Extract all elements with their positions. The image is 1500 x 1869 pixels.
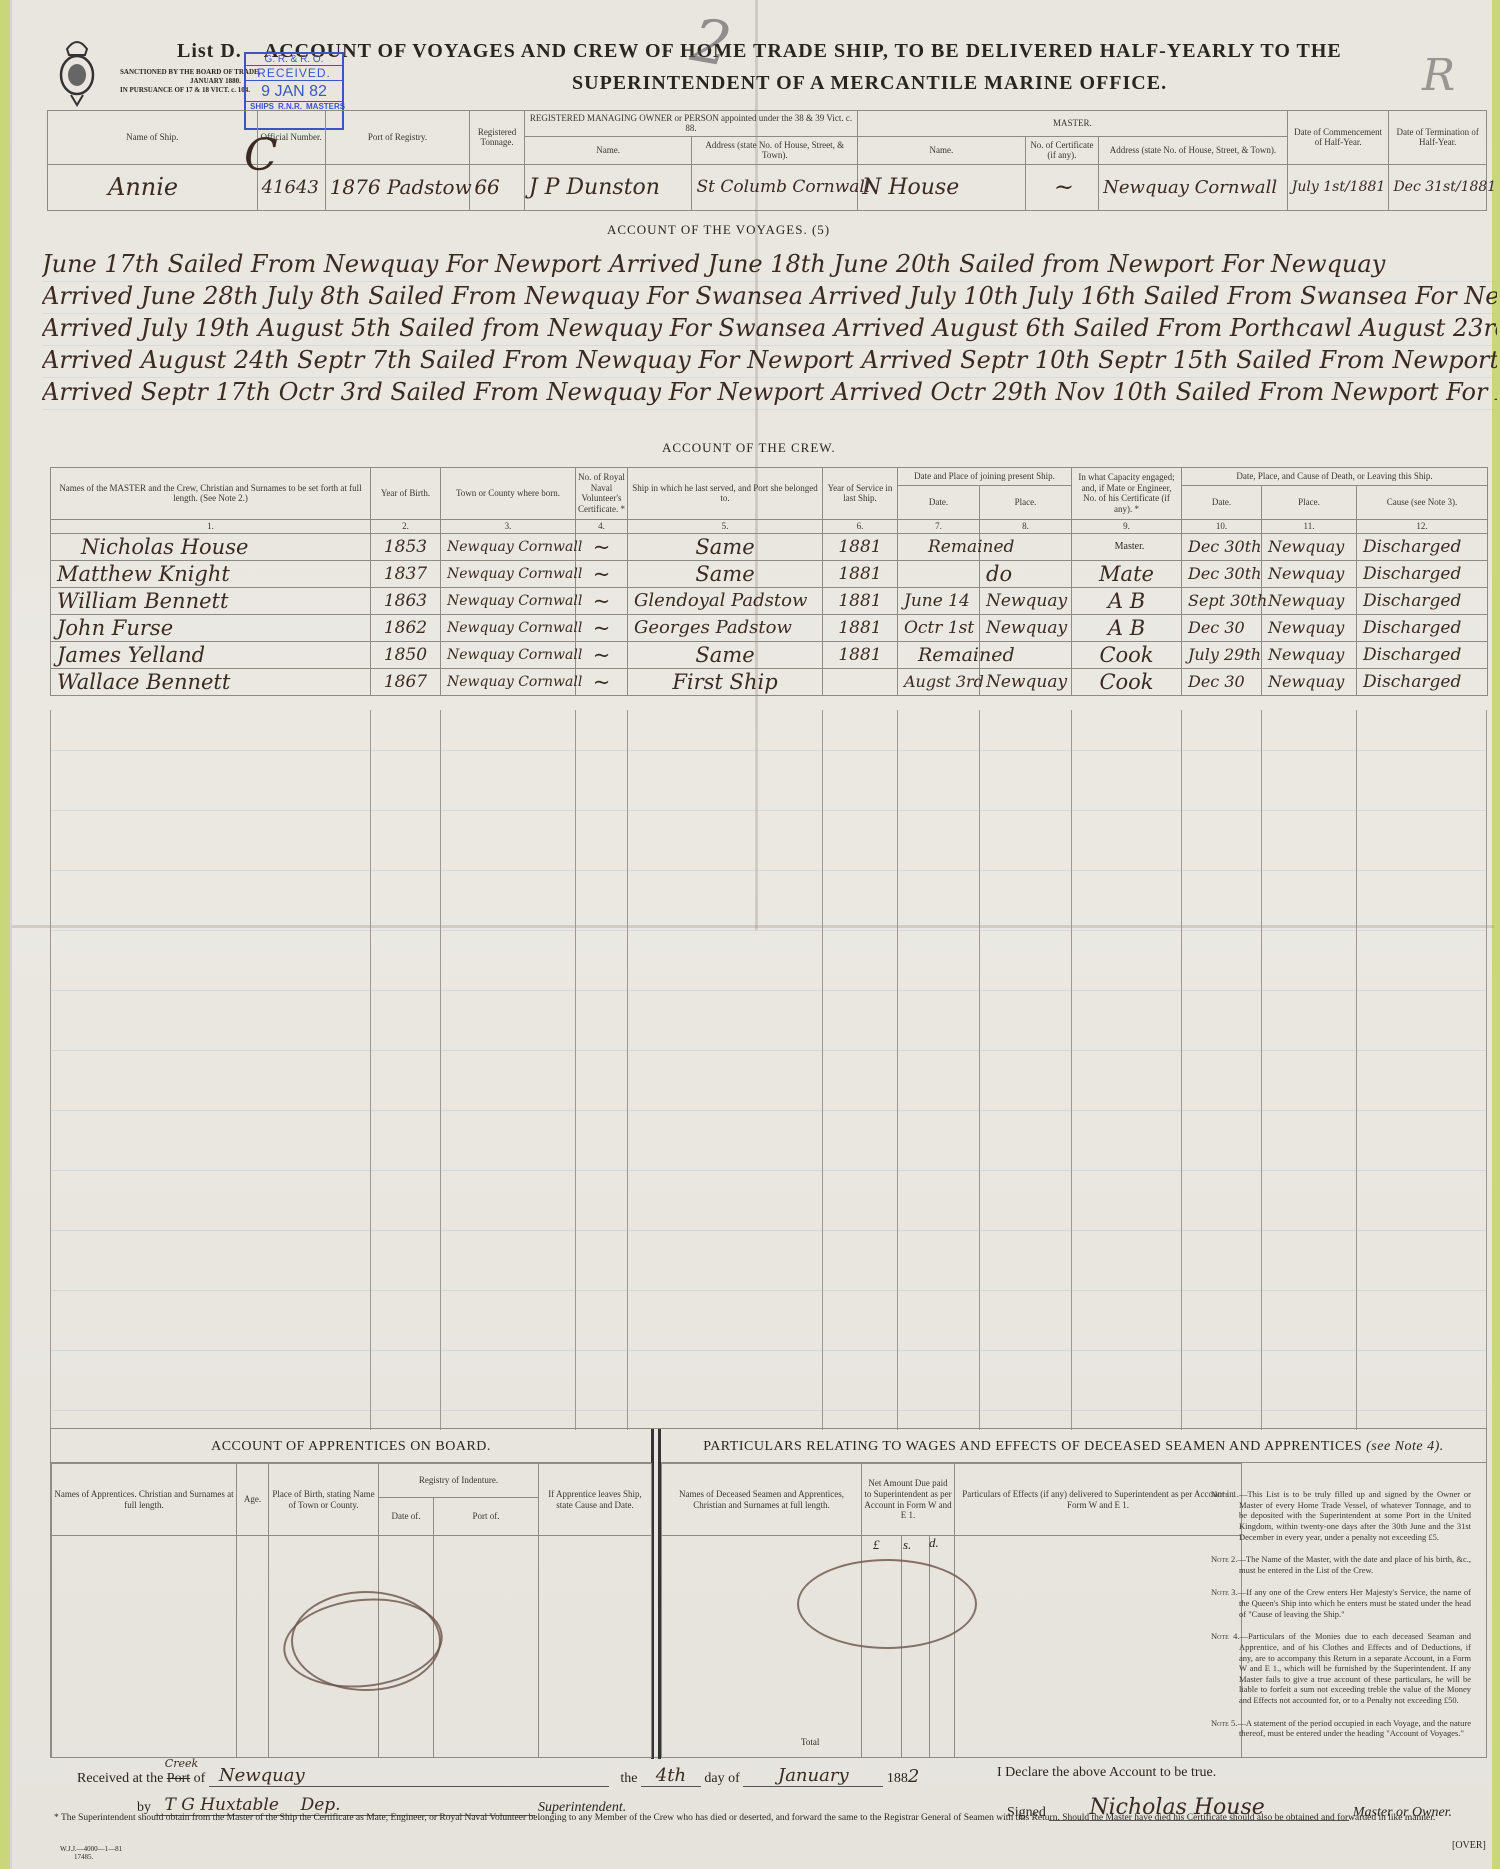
col-termination: Date of Termination of Half-Year. [1389, 111, 1487, 165]
note-item: Note 1.—This List is to be truly filled … [1211, 1489, 1471, 1542]
received-day-value: 4th [641, 1765, 701, 1787]
cancel-ellipse-mark [797, 1559, 977, 1649]
col-born: Town or County where born. [441, 468, 576, 520]
voyage-line: Arrived June 28th July 8th Sailed From N… [42, 282, 1497, 314]
col-leaving-group: Date, Place, and Cause of Death, or Leav… [1182, 468, 1488, 486]
notes-list: Note 1.—This List is to be truly filled … [1211, 1489, 1471, 1751]
apprentices-title: ACCOUNT OF APPRENTICES ON BOARD. [51, 1429, 651, 1463]
master-address-value: Newquay Cornwall [1099, 164, 1288, 210]
col-joining-group: Date and Place of joining present Ship. [898, 468, 1072, 486]
total-label: Total [801, 1737, 819, 1747]
master-name-value: N House [858, 164, 1026, 210]
col-master-group: MASTER. [858, 111, 1288, 137]
over-label: [OVER] [1452, 1840, 1486, 1851]
note-item: Note 4.—Particulars of the Monies due to… [1211, 1631, 1471, 1705]
note-item: Note 3.—If any one of the Crew enters He… [1211, 1587, 1471, 1619]
apprentices-and-deceased-section: ACCOUNT OF APPRENTICES ON BOARD. PARTICU… [50, 1428, 1487, 1758]
col-commencement: Date of Commencement of Half-Year. [1287, 111, 1389, 165]
owner-name-value: J P Dunston [524, 164, 692, 210]
print-code: W.J.J.—4000—1—8117485. [60, 1845, 122, 1862]
note-item: Note 2.—The Name of the Master, with the… [1211, 1554, 1471, 1575]
port-of-registry-value: 1876 Padstow [325, 164, 470, 210]
section-divider [651, 1429, 661, 1759]
col-name-of-ship: Name of Ship. [48, 111, 258, 165]
col-port-of-registry: Port of Registry. [325, 111, 470, 165]
crew-row: Wallace Bennett 1867 Newquay Cornwall ~ … [51, 668, 1488, 695]
received-place-value: Newquay [209, 1765, 609, 1787]
stamp-date: 9 JAN 82 [246, 81, 342, 101]
form-title-line-2: SUPERINTENDENT OF A MERCANTILE MARINE OF… [572, 72, 1167, 95]
received-month-value: January [743, 1765, 883, 1787]
crew-row: John Furse 1862 Newquay Cornwall ~ Georg… [51, 614, 1488, 641]
col-tonnage: Registered Tonnage. [470, 111, 524, 165]
col-service-year: Year of Service in last Ship. [823, 468, 898, 520]
deceased-title: PARTICULARS RELATING TO WAGES AND EFFECT… [661, 1429, 1486, 1463]
voyage-line: Arrived August 24th Septr 7th Sailed Fro… [42, 346, 1497, 378]
sanction-notice: SANCTIONED BY THE BOARD OF TRADE, JANUAR… [120, 68, 260, 95]
col-capacity: In what Capacity engaged; and, if Mate o… [1072, 468, 1182, 520]
crew-row: James Yelland 1850 Newquay Cornwall ~ Sa… [51, 641, 1488, 668]
crew-row: Matthew Knight 1837 Newquay Cornwall ~ S… [51, 560, 1488, 587]
voyages-list: June 17th Sailed From Newquay For Newpor… [42, 250, 1497, 410]
form-title-line-1: List D.ACCOUNT OF VOYAGES AND CREW OF HO… [177, 40, 1342, 63]
voyages-title: ACCOUNT OF THE VOYAGES. (5) [607, 222, 830, 238]
termination-value: Dec 31st/1881 [1389, 164, 1487, 210]
pencil-corner-mark: R [1422, 50, 1455, 101]
crew-title: ACCOUNT OF THE CREW. [662, 440, 836, 456]
owner-address-value: St Columb Cornwall [692, 164, 858, 210]
col-owner-group: REGISTERED MANAGING OWNER or PERSON appo… [524, 111, 857, 137]
commencement-value: July 1st/1881 [1287, 164, 1389, 210]
declaration-text: I Declare the above Account to be true. [997, 1765, 1216, 1781]
col-crew-name: Names of the MASTER and the Crew, Christ… [51, 468, 371, 520]
voyage-line: June 17th Sailed From Newquay For Newpor… [42, 250, 1497, 282]
royal-crest-icon [57, 35, 97, 107]
received-line: Received at the PortCreek of Newquay the… [77, 1765, 919, 1787]
ship-name-value: Annie [48, 164, 258, 210]
crew-list-document: List D.ACCOUNT OF VOYAGES AND CREW OF HO… [10, 0, 1492, 1869]
voyage-line: Arrived July 19th August 5th Sailed from… [42, 314, 1497, 346]
note-item: Note 5.—A statement of the period occupi… [1211, 1718, 1471, 1739]
list-label: List D. [177, 40, 242, 62]
crew-row: Nicholas House 1853 Newquay Cornwall ~ S… [51, 533, 1488, 560]
crew-row: William Bennett 1863 Newquay Cornwall ~ … [51, 587, 1488, 614]
pencil-numeral: 2 [686, 5, 736, 81]
voyage-line: Arrived Septr 17th Octr 3rd Sailed From … [42, 378, 1497, 410]
master-certificate-value: ~ [1025, 164, 1098, 210]
pencil-margin-letter: C [244, 130, 278, 181]
crew-blank-rows [50, 710, 1487, 1430]
col-rnv-cert: No. of Royal Naval Volunteer's Certifica… [576, 468, 628, 520]
crew-table: Names of the MASTER and the Crew, Christ… [50, 467, 1488, 696]
col-birth-year: Year of Birth. [371, 468, 441, 520]
footnote: * The Superintendent should obtain from … [54, 1812, 1484, 1825]
tonnage-value: 66 [470, 164, 524, 210]
col-last-ship: Ship in which he last served, and Port s… [628, 468, 823, 520]
